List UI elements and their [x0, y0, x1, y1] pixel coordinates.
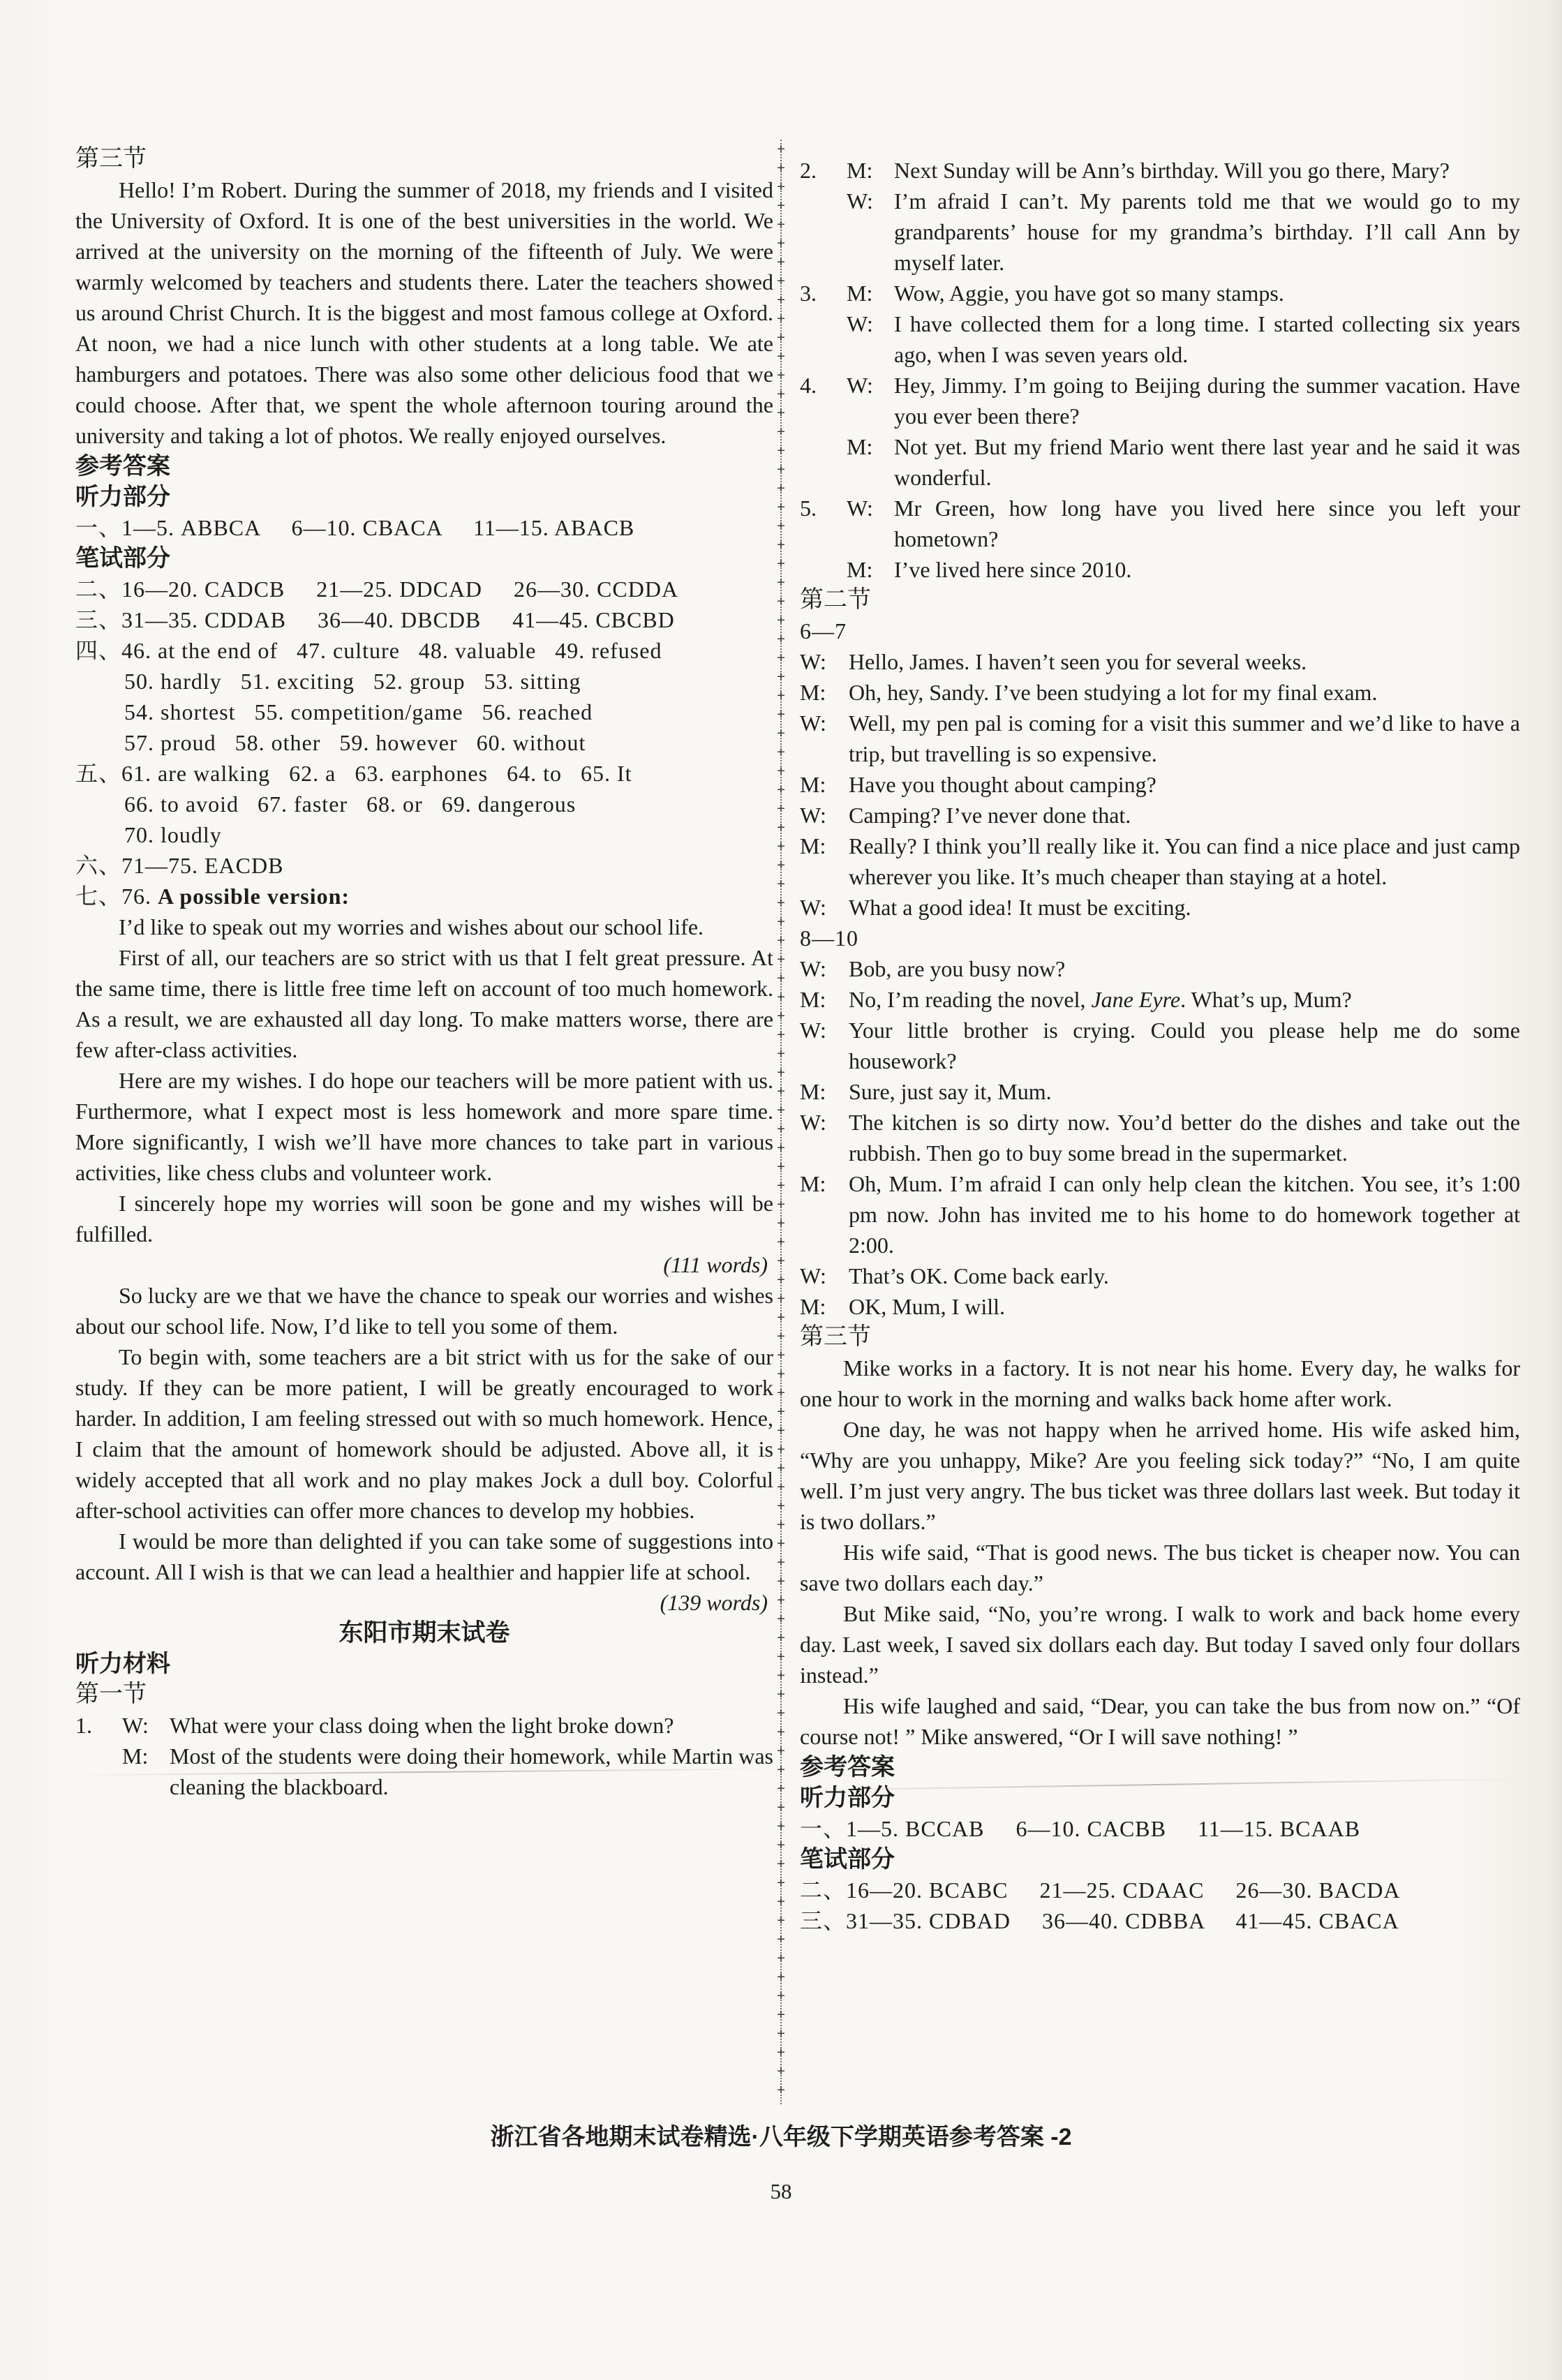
answers-line: 四、46. at the end of 47. culture 48. valu… [75, 635, 773, 666]
answers-line: 70. loudly [124, 819, 773, 850]
section-3-heading: 第三节 [75, 144, 773, 174]
story-paragraph: One day, he was not happy when he arrive… [800, 1414, 1520, 1537]
answers-line: 一、1—5. ABBCA 6—10. CBACA 11—15. ABACB [75, 512, 773, 543]
dialogue-turn: 4.W:Hey, Jimmy. I’m going to Beijing dur… [894, 370, 1520, 431]
listening-material-heading: 听力材料 [75, 1649, 773, 1679]
story-paragraph: His wife said, “That is good news. The b… [800, 1537, 1520, 1598]
part-3-heading: 第三节 [800, 1322, 1520, 1353]
word-count: (111 words) [75, 1249, 773, 1280]
listening-part-heading: 听力部分 [800, 1783, 1520, 1813]
dialogue-turn: M:Oh, Mum. I’m afraid I can only help cl… [849, 1168, 1520, 1260]
book-footer-title: 浙江省各地期末试卷精选·八年级下学期英语参考答案 -2 [0, 2122, 1562, 2152]
essay-paragraph: I would be more than delighted if you ca… [75, 1526, 773, 1587]
dialogue-turn: W:Hello, James. I haven’t seen you for s… [849, 646, 1520, 677]
written-part-heading: 笔试部分 [75, 543, 773, 574]
dialogue-turn: W:What a good idea! It must be exciting. [849, 892, 1520, 923]
dialogue-turn: W:Bob, are you busy now? [849, 953, 1520, 984]
dialogue-turn: W:Your little brother is crying. Could y… [849, 1015, 1520, 1076]
dialogue-turn: W:I’m afraid I can’t. My parents told me… [894, 186, 1520, 278]
dialogue-turn: 5.W:Mr Green, how long have you lived he… [894, 493, 1520, 554]
answers-line: 57. proud 58. other 59. however 60. with… [124, 727, 773, 758]
dialogue-turn: 2.M:Next Sunday will be Ann’s birthday. … [894, 155, 1520, 186]
left-column: 第三节 Hello! I’m Robert. During the summer… [75, 144, 773, 1802]
dialogue-turn: M:I’ve lived here since 2010. [894, 554, 1520, 585]
written-part-heading: 笔试部分 [800, 1844, 1520, 1875]
question-range: 6—7 [800, 616, 1520, 646]
dialogue-turn: M:Sure, just say it, Mum. [849, 1076, 1520, 1107]
essay-paragraph: First of all, our teachers are so strict… [75, 942, 773, 1065]
answers-line: 66. to avoid 67. faster 68. or 69. dange… [124, 789, 773, 819]
dialogue-turn: M:OK, Mum, I will. [849, 1291, 1520, 1322]
dialogue-turn: M:Oh, hey, Sandy. I’ve been studying a l… [849, 677, 1520, 708]
right-column: 2.M:Next Sunday will be Ann’s birthday. … [800, 155, 1520, 1936]
answers-line: 六、71—75. EACDB [75, 850, 773, 881]
part-1-heading: 第一节 [75, 1679, 773, 1710]
answers-line: 五、61. are walking 62. a 63. earphones 64… [75, 758, 773, 789]
essay-paragraph: So lucky are we that we have the chance … [75, 1280, 773, 1341]
word-count: (139 words) [75, 1587, 773, 1618]
reference-answers-heading: 参考答案 [75, 451, 773, 482]
dialogue-turn: W:Well, my pen pal is coming for a visit… [849, 708, 1520, 769]
page-number: 58 [0, 2176, 1562, 2207]
answers-line: 三、31—35. CDBAD 36—40. CDBBA 41—45. CBACA [800, 1905, 1520, 1936]
dialogue-turn: W:That’s OK. Come back early. [849, 1260, 1520, 1291]
scanned-answer-page: 第三节 Hello! I’m Robert. During the summer… [0, 0, 1562, 2380]
listening-part-heading: 听力部分 [75, 482, 773, 512]
dialogue-turn: 1.W:What were your class doing when the … [170, 1710, 773, 1741]
dialogue-turn: W:I have collected them for a long time.… [894, 308, 1520, 370]
possible-version-label: 七、76. A possible version: [75, 881, 773, 912]
answers-line: 三、31—35. CDDAB 36—40. DBCDB 41—45. CBCBD [75, 604, 773, 635]
story-paragraph: His wife laughed and said, “Dear, you ca… [800, 1690, 1520, 1752]
story-paragraph: But Mike said, “No, you’re wrong. I walk… [800, 1598, 1520, 1690]
essay-paragraph: To begin with, some teachers are a bit s… [75, 1341, 773, 1526]
reference-answers-heading: 参考答案 [800, 1752, 1520, 1783]
dialogue-turn: W:The kitchen is so dirty now. You’d bet… [849, 1107, 1520, 1168]
cross-tick-marks: + + + + + + + + + + + + + + + + + + + + … [771, 140, 791, 2099]
exam-title: 东阳市期末试卷 [75, 1618, 773, 1649]
essay-paragraph: I sincerely hope my worries will soon be… [75, 1188, 773, 1249]
listening-passage: Hello! I’m Robert. During the summer of … [75, 174, 773, 451]
column-separator-cutline: + + + + + + + + + + + + + + + + + + + + … [771, 140, 791, 2104]
part-2-heading: 第二节 [800, 585, 1520, 616]
story-paragraph: Mike works in a factory. It is not near … [800, 1353, 1520, 1414]
dialogue-turn: M:Have you thought about camping? [849, 769, 1520, 800]
answers-line: 二、16—20. CADCB 21—25. DDCAD 26—30. CCDDA [75, 574, 773, 604]
novel-title-italic: Jane Eyre [1091, 987, 1180, 1012]
answers-line: 54. shortest 55. competition/game 56. re… [124, 697, 773, 727]
dialogue-turn: W:Camping? I’ve never done that. [849, 800, 1520, 831]
essay-paragraph: Here are my wishes. I do hope our teache… [75, 1065, 773, 1188]
answers-line: 一、1—5. BCCAB 6—10. CACBB 11—15. BCAAB [800, 1813, 1520, 1844]
dialogue-turn: M:No, I’m reading the novel, Jane Eyre. … [849, 984, 1520, 1015]
dialogue-turn: 3.M:Wow, Aggie, you have got so many sta… [894, 278, 1520, 308]
question-range: 8—10 [800, 923, 1520, 953]
dialogue-turn: M:Not yet. But my friend Mario went ther… [894, 431, 1520, 493]
dialogue-turn: M:Really? I think you’ll really like it.… [849, 831, 1520, 892]
answers-line: 二、16—20. BCABC 21—25. CDAAC 26—30. BACDA [800, 1875, 1520, 1905]
answers-line: 50. hardly 51. exciting 52. group 53. si… [124, 666, 773, 697]
essay-paragraph: I’d like to speak out my worries and wis… [75, 912, 773, 942]
